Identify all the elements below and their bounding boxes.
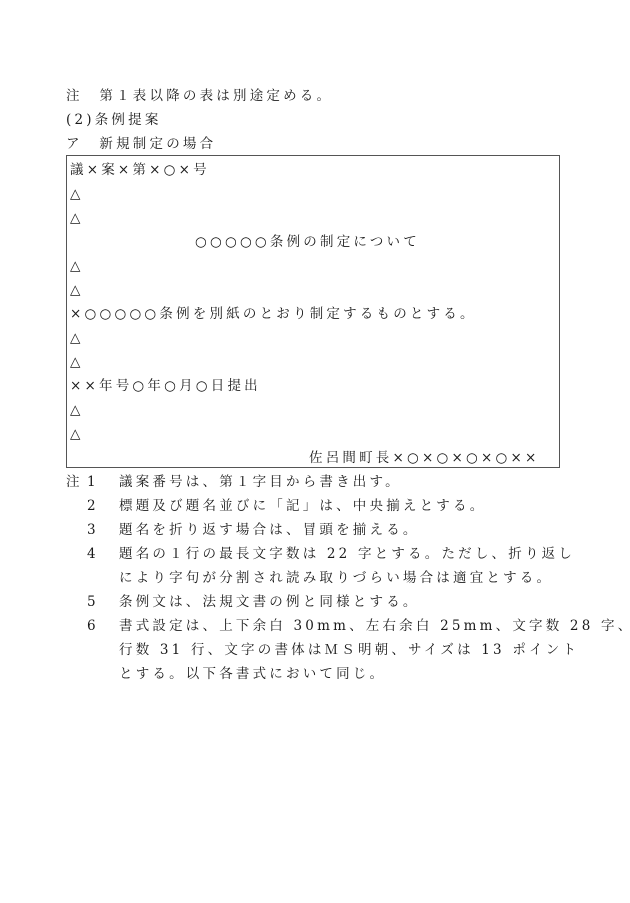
note-number: 6: [87, 618, 96, 634]
table-note: 注 第１表以降の表は別途定める。: [66, 88, 333, 104]
note-number: 3: [87, 522, 96, 538]
note-text: 条例文は、法規文書の例と同様とする。: [119, 594, 420, 610]
bill-template-box: 議×案×第×○×号 △ △ ○○○○○条例の制定について △ △ ×○○○○○条…: [66, 155, 560, 468]
blank-marker: △: [70, 330, 84, 346]
note-number: 4: [87, 546, 96, 562]
note-number: 2: [87, 498, 96, 514]
blank-marker: △: [70, 402, 84, 418]
note-number: 5: [87, 594, 96, 610]
note-text: 標題及び題名並びに「記」は、中央揃えとする。: [119, 498, 486, 514]
notes-label: 注: [66, 474, 80, 490]
blank-marker: △: [70, 210, 84, 226]
bill-body: ×○○○○○条例を別紙のとおり制定するものとする。: [70, 306, 477, 322]
note-text: 行数 31 行、文字の書体はＭＳ明朝、サイズは 13 ポイント: [119, 642, 579, 658]
submitter-signature: 佐呂間町長×○×○×○×○××: [309, 450, 540, 466]
note-text: 題名の１行の最長文字数は 22 字とする。ただし、折り返し: [119, 546, 575, 562]
blank-marker: △: [70, 186, 84, 202]
bill-title: ○○○○○条例の制定について: [195, 234, 420, 250]
subsection-heading: ア 新規制定の場合: [66, 136, 216, 152]
note-text: とする。以下各書式において同じ。: [119, 666, 386, 682]
section-heading: (2)条例提案: [66, 112, 162, 128]
note-text: 書式設定は、上下余白 30mm、左右余白 25mm、文字数 28 字、: [119, 618, 630, 634]
note-text: 議案番号は、第１字目から書き出す。: [119, 474, 402, 490]
blank-marker: △: [70, 282, 84, 298]
blank-marker: △: [70, 426, 84, 442]
submission-date: ××年号○年○月○日提出: [70, 378, 261, 394]
note-text: 題名を折り返す場合は、冒頭を揃える。: [119, 522, 420, 538]
note-text: により字句が分割され読み取りづらい場合は適宜とする。: [119, 570, 553, 586]
blank-marker: △: [70, 258, 84, 274]
bill-number: 議×案×第×○×号: [70, 162, 210, 178]
note-number: 1: [87, 474, 96, 490]
blank-marker: △: [70, 354, 84, 370]
